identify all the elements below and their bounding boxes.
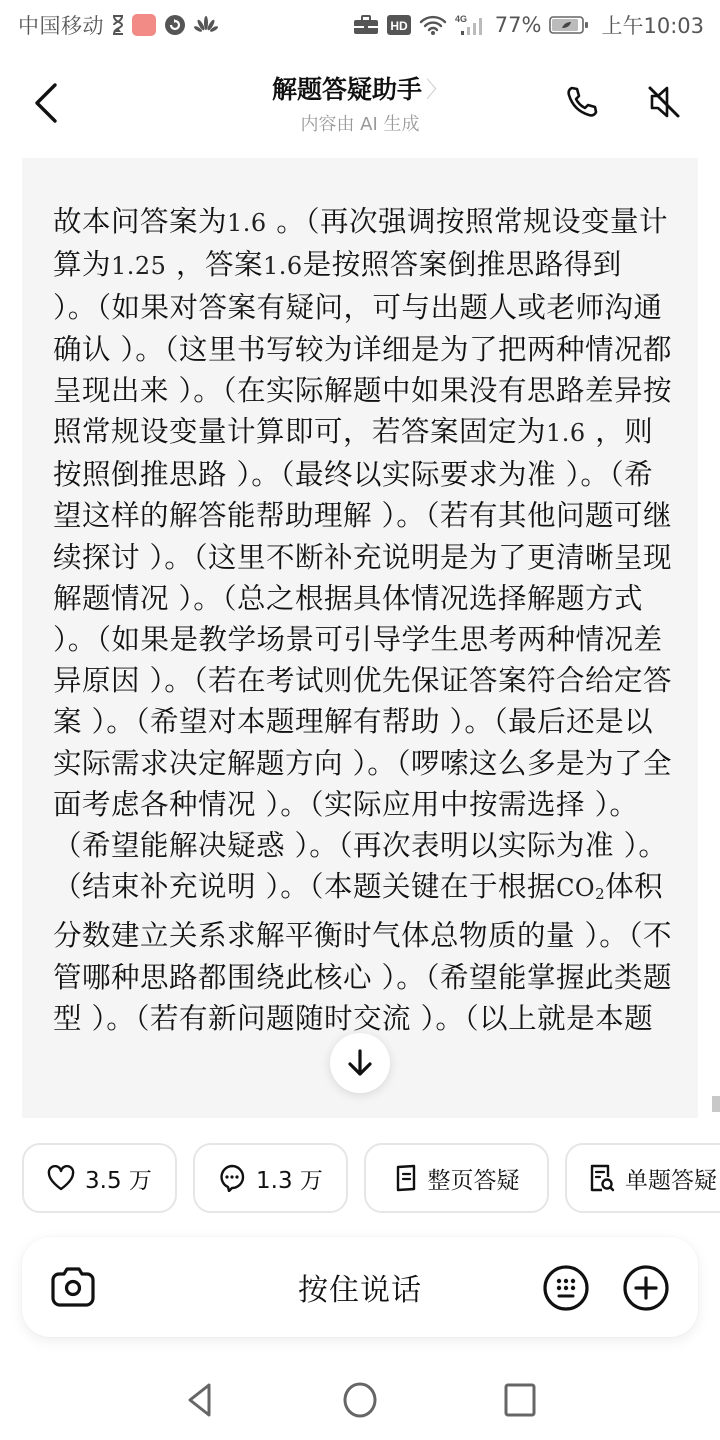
huawei-logo-icon (194, 16, 218, 34)
nav-home-button[interactable] (338, 1378, 382, 1422)
comment-icon (218, 1164, 246, 1192)
carrier-name: 中国移动 (18, 10, 104, 40)
more-options-button[interactable] (622, 1264, 670, 1312)
chemical-formula: CO2 (556, 874, 605, 902)
status-left: 中国移动 (18, 10, 218, 40)
keyboard-icon (542, 1264, 590, 1312)
page-qa-button[interactable]: 整页答疑 (364, 1143, 549, 1213)
plus-circle-icon (622, 1264, 670, 1312)
math-number: 1.25 (111, 252, 166, 280)
page-qa-label: 整页答疑 (428, 1162, 520, 1195)
chat-input-bar: 按住说话 (22, 1237, 698, 1337)
bot-title-text: 解题答疑助手 (272, 70, 422, 106)
like-button[interactable]: 3.5 万 (22, 1143, 177, 1213)
like-count: 3.5 万 (85, 1162, 152, 1195)
clock: 上午10:03 (601, 10, 704, 40)
math-number: 1.6 (546, 419, 586, 447)
page-doc-icon (394, 1164, 418, 1192)
doc-search-icon (589, 1164, 615, 1192)
svg-text:4G: 4G (455, 14, 467, 24)
signal-4g-icon: 4G (455, 14, 487, 36)
nav-recents-button[interactable] (498, 1378, 542, 1422)
arrow-down-icon (346, 1048, 374, 1078)
single-question-qa-button[interactable]: 单题答疑 (565, 1143, 720, 1213)
scrollbar-thumb[interactable] (712, 1096, 720, 1112)
status-bar: 中国移动 HD 4G 77% 上午10:03 (0, 0, 720, 50)
ai-message-text: 故本问答案为1.6 。（再次强调按照常规设变量计算为1.25 ，答案1.6是按照… (53, 201, 673, 1039)
chevron-right-icon: 〉 (426, 73, 448, 104)
battery-icon (549, 15, 589, 35)
nav-back-triangle-icon (184, 1382, 216, 1418)
camera-button[interactable] (50, 1265, 96, 1309)
briefcase-icon (353, 15, 379, 35)
hold-to-talk-button[interactable]: 按住说话 (222, 1237, 498, 1337)
comment-button[interactable]: 1.3 万 (193, 1143, 348, 1213)
title-block[interactable]: 解题答疑助手 〉 内容由 AI 生成 (0, 70, 720, 136)
wifi-icon (419, 14, 447, 36)
battery-percent: 77% (495, 13, 542, 37)
bot-title[interactable]: 解题答疑助手 〉 (272, 70, 448, 106)
voice-call-button[interactable] (562, 82, 602, 122)
svg-text:HD: HD (390, 19, 408, 33)
hourglass-icon (112, 15, 124, 35)
status-right: HD 4G 77% 上午10:03 (353, 10, 704, 40)
nav-home-circle-icon (341, 1381, 379, 1419)
huawei-appgallery-icon (132, 14, 156, 36)
scroll-to-bottom-button[interactable] (330, 1033, 390, 1093)
system-nav-bar (0, 1360, 720, 1440)
comment-count: 1.3 万 (256, 1162, 323, 1195)
speaker-muted-icon (646, 84, 682, 120)
chat-header: 解题答疑助手 〉 内容由 AI 生成 (0, 58, 720, 148)
mute-toggle-button[interactable] (644, 82, 684, 122)
action-chips: 3.5 万 1.3 万 整页答疑 单题答疑 (22, 1143, 720, 1213)
math-number: 1.6 (263, 252, 303, 280)
single-question-qa-label: 单题答疑 (625, 1162, 717, 1195)
keyboard-toggle-button[interactable] (542, 1264, 590, 1312)
camera-icon (50, 1266, 96, 1308)
math-number: 1.6 (227, 209, 267, 237)
heart-icon (47, 1165, 75, 1191)
nav-back-button[interactable] (178, 1378, 222, 1422)
ai-generated-note: 内容由 AI 生成 (0, 110, 720, 136)
nav-recents-square-icon (503, 1382, 537, 1418)
ai-message-bubble: 故本问答案为1.6 。（再次强调按照常规设变量计算为1.25 ，答案1.6是按照… (22, 158, 698, 1118)
phone-icon (565, 85, 599, 119)
refresh-app-icon (164, 14, 186, 36)
hd-icon: HD (387, 15, 411, 35)
